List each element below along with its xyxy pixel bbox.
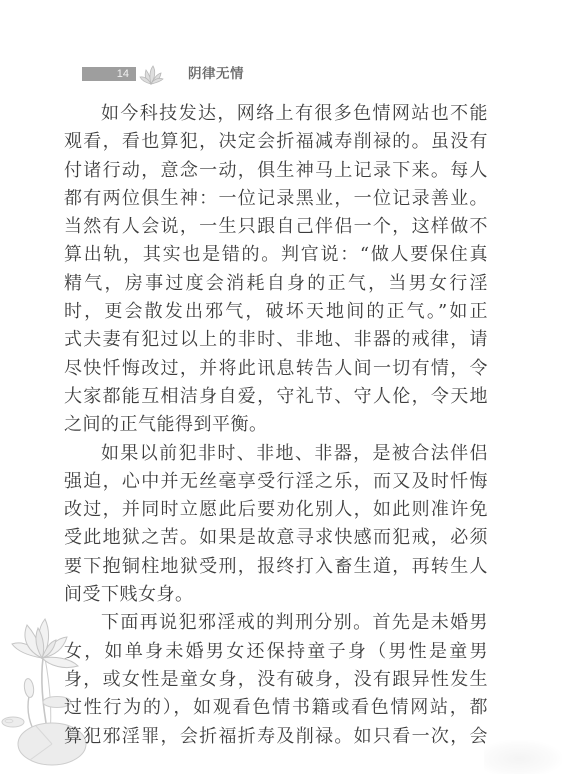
text-line: 间受下贱女身。 [64, 581, 488, 609]
text-line: 受此地狱之苦。如果是故意寻求快感而犯戒，必须 [64, 524, 488, 552]
text-line: 都有两位俱生神：一位记录黑业，一位记录善业。 [64, 185, 488, 213]
text-line: 尽快忏悔改过，并将此讯息转告人间一切有情，令 [64, 355, 488, 383]
book-title: 阴律无情 [188, 66, 244, 81]
lotus-icon [137, 64, 165, 86]
text-line: 之间的正气能得到平衡。 [64, 411, 488, 439]
text-line: 当然有人会说，一生只跟自己伴侣一个，这样做不 [64, 213, 488, 241]
text-line: 式夫妻有犯过以上的非时、非地、非器的戒律，请 [64, 326, 488, 354]
text-line: 女，如单身未婚男女还保持童子身（男性是童男 [64, 638, 488, 666]
text-line: 付诸行动，意念一动，俱生神马上记录下来。每人 [64, 157, 488, 185]
text-line: 算出轨，其实也是错的。判官说：“做人要保住真 [64, 241, 488, 269]
text-line: 时，更会散发出邪气，破坏天地间的正气。”如正 [64, 298, 488, 326]
text-line: 算犯邪淫罪，会折福折寿及削禄。如只看一次，会 [64, 723, 488, 751]
text-line: 观看，看也算犯，决定会折福减寿削禄的。虽没有 [64, 128, 488, 156]
text-line: 强迫，心中并无丝毫享受行淫之乐，而又及时忏悔 [64, 468, 488, 496]
text-line: 改过，并同时立愿此后要劝化别人，如此则准许免 [64, 496, 488, 524]
page-shadow [484, 740, 562, 774]
text-line: 大家都能互相洁身自爱，守礼节、守人伦，令天地 [64, 383, 488, 411]
text-line: 如果以前犯非时、非地、非器，是被合法伴侣 [64, 440, 488, 468]
text-line: 身，或女性是童女身，没有破身，没有跟异性发生 [64, 666, 488, 694]
text-line: 如今科技发达，网络上有很多色情网站也不能 [64, 100, 488, 128]
text-line: 下面再说犯邪淫戒的判刑分别。首先是未婚男 [64, 609, 488, 637]
text-line: 要下抱铜柱地狱受刑，报终打入畜生道，再转生人 [64, 553, 488, 581]
page-number-badge: 14 [82, 67, 136, 81]
text-line: 精气，房事过度会消耗自身的正气，当男女行淫 [64, 270, 488, 298]
text-line: 过性行为的），如观看色情书籍或看色情网站，都 [64, 694, 488, 722]
body-text: 如今科技发达，网络上有很多色情网站也不能 观看，看也算犯，决定会折福减寿削禄的。… [64, 100, 488, 751]
book-page: 14 阴律无情 [0, 0, 580, 774]
